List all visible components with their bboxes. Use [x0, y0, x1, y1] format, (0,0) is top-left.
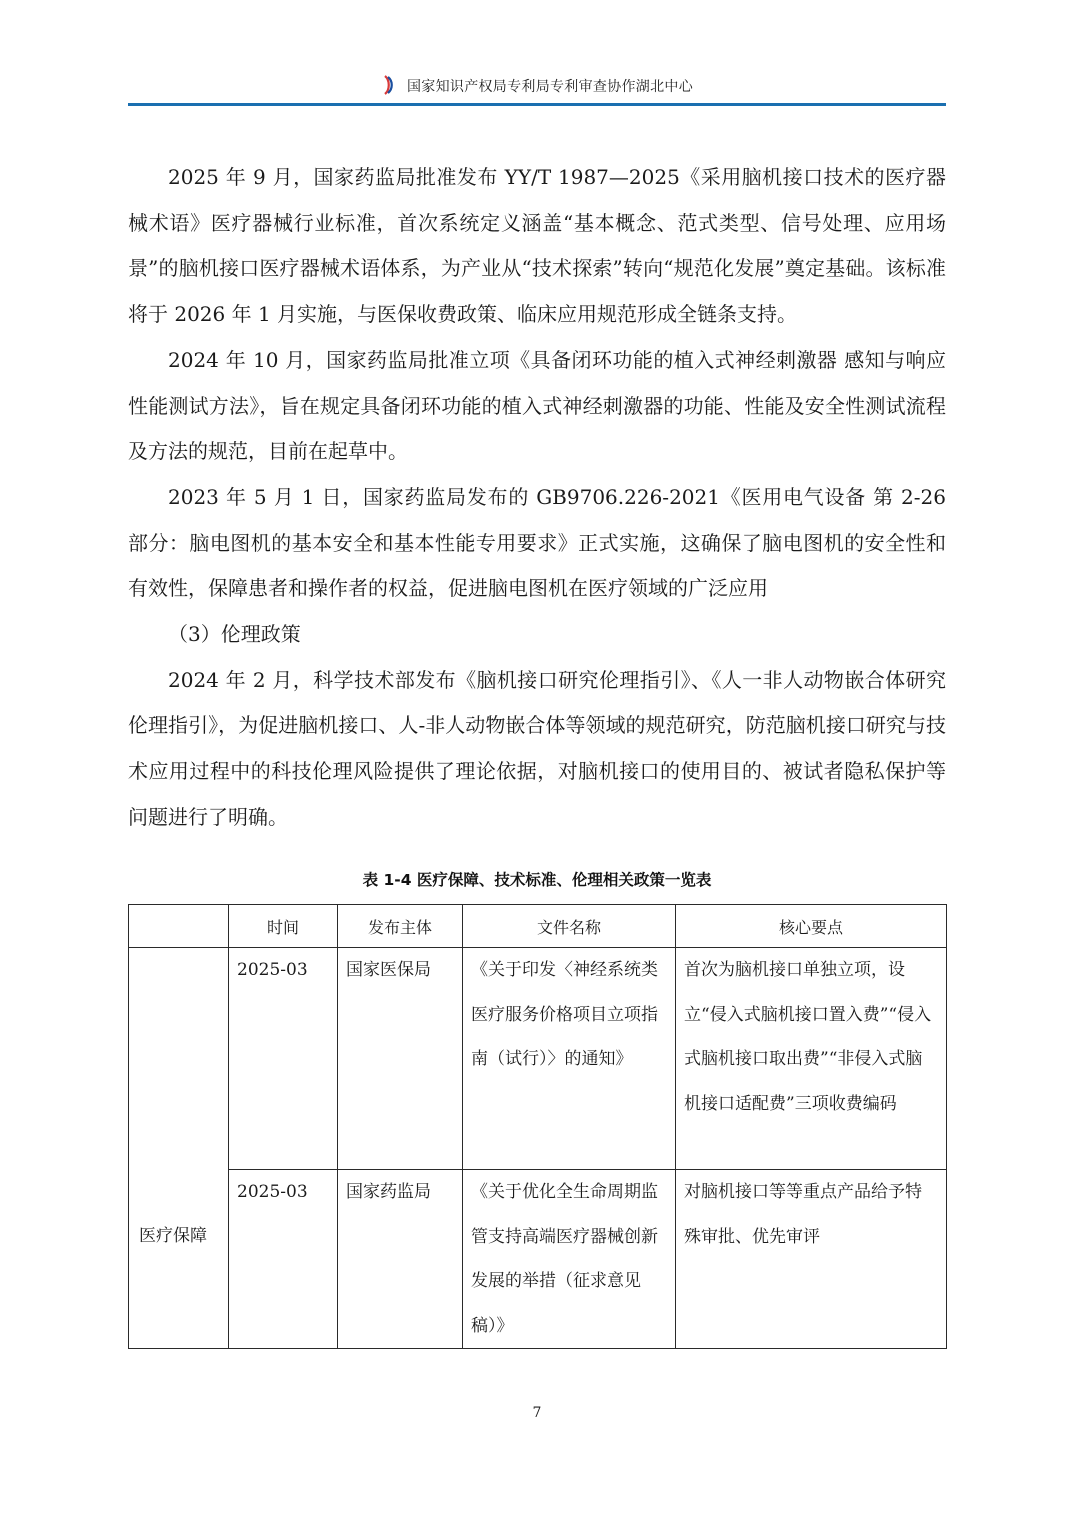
- header-category: [129, 905, 229, 948]
- header-title-row: 国家知识产权局专利局专利审查协作湖北中心: [128, 76, 946, 97]
- paragraph-eeg-standard: 2023 年 5 月 1 日，国家药监局发布的 GB9706.226-2021《…: [128, 475, 946, 612]
- table-caption: 表 1-4 医疗保障、技术标准、伦理相关政策一览表: [128, 868, 946, 890]
- document-body: 2025 年 9 月，国家药监局批准发布 YY/T 1987—2025《采用脑机…: [128, 155, 946, 841]
- header-divider: [128, 103, 946, 106]
- header-issuer: 发布主体: [338, 905, 463, 948]
- document-cell: 《关于优化全生命周期监管支持高端医疗器械创新发展的举措（征求意见稿）》: [463, 1170, 676, 1349]
- paragraph-ethics-guidelines: 2024 年 2 月，科学技术部发布《脑机接口研究伦理指引》、《人一非人动物嵌合…: [128, 658, 946, 841]
- table-row: 医疗保障 2025-03 国家医保局 《关于印发〈神经系统类医疗服务价格项目立项…: [129, 948, 947, 1170]
- table-header-row: 时间 发布主体 文件名称 核心要点: [129, 905, 947, 948]
- section-heading-ethics: （3）伦理政策: [128, 612, 946, 658]
- document-cell: 《关于印发〈神经系统类医疗服务价格项目立项指南（试行）〉的通知》: [463, 948, 676, 1170]
- issuer-cell: 国家医保局: [338, 948, 463, 1170]
- table-row: 2025-03 国家药监局 《关于优化全生命周期监管支持高端医疗器械创新发展的举…: [129, 1170, 947, 1349]
- time-cell: 2025-03: [229, 948, 338, 1170]
- header-key-points: 核心要点: [676, 905, 947, 948]
- key-points-cell: 对脑机接口等等重点产品给予特殊审批、优先审评: [676, 1170, 947, 1349]
- cnipa-logo-icon: [381, 75, 395, 95]
- page-header: 国家知识产权局专利局专利审查协作湖北中心: [128, 70, 946, 108]
- page-number: 7: [0, 1405, 1074, 1421]
- header-title: 国家知识产权局专利局专利审查协作湖北中心: [407, 79, 693, 95]
- paragraph-closed-loop-stimulator: 2024 年 10 月，国家药监局批准立项《具备闭环功能的植入式神经刺激器 感知…: [128, 338, 946, 475]
- category-cell: 医疗保障: [129, 948, 229, 1349]
- issuer-cell: 国家药监局: [338, 1170, 463, 1349]
- paragraph-standard-terminology: 2025 年 9 月，国家药监局批准发布 YY/T 1987—2025《采用脑机…: [128, 155, 946, 338]
- key-points-cell: 首次为脑机接口单独立项，设立“侵入式脑机接口置入费”“侵入式脑机接口取出费”“非…: [676, 948, 947, 1170]
- header-document: 文件名称: [463, 905, 676, 948]
- time-cell: 2025-03: [229, 1170, 338, 1349]
- policy-table: 时间 发布主体 文件名称 核心要点 医疗保障 2025-03 国家医保局 《关于…: [128, 904, 947, 1349]
- header-time: 时间: [229, 905, 338, 948]
